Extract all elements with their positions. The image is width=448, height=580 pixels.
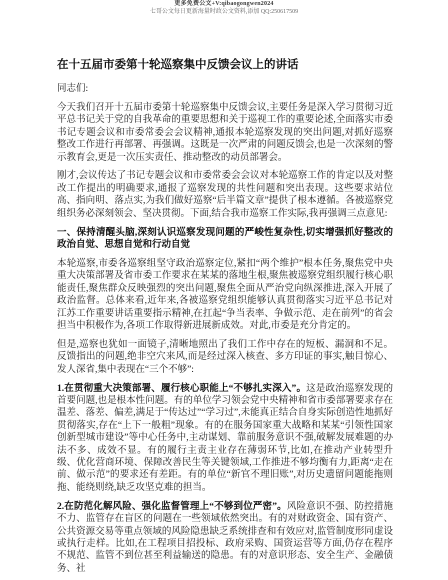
document-title: 在十五届市委第十轮巡察集中反馈会议上的讲话 (57, 58, 393, 72)
document-page: 更多免费公文+V:qibaogongwen2024 七哥公文每日更新海量时政公文… (0, 0, 448, 580)
salutation: 同志们: (57, 83, 393, 95)
document-body: 在十五届市委第十轮巡察集中反馈会议上的讲话 同志们: 今天我们召开十五届市委第十… (0, 16, 448, 575)
point-2-body: 风险意识不强、防控措施不力、监管存在盲区的问题在一些领域依然突出。有的对财政资金… (57, 502, 393, 574)
paragraph-point-2: 2.在防范化解风险、强化监督管理上“不够到位严密”。风险意识不强、防控措施不力、… (57, 501, 393, 575)
point-1-lead: 1.在贯彻重大决策部署、履行核心职能上“不够扎实深入”。 (57, 384, 306, 394)
point-2-lead: 2.在防范化解风险、强化监督管理上“不够到位严密”。 (57, 502, 287, 512)
paragraph-point-1: 1.在贯彻重大决策部署、履行核心职能上“不够扎实深入”。这是政治巡察发现的首要问… (57, 383, 393, 495)
promo-line-2: 七哥公文每日更新海量时政公文资料,添加 QQ:250617509 (0, 9, 448, 16)
paragraph-mirror: 但是,巡察也犹如一面镜子,清晰地照出了我们工作中存在的短板、漏洞和不足。反馈指出… (57, 339, 393, 376)
promo-line-1: 更多免费公文+V:qibaogongwen2024 (0, 1, 448, 8)
paragraph-inspection-overview: 本轮巡察,市委各巡察组坚守政治巡察定位,紧扣“两个维护”根本任务,聚焦党中央重大… (57, 258, 393, 332)
promo-header: 更多免费公文+V:qibaogongwen2024 七哥公文每日更新海量时政公文… (0, 0, 448, 16)
point-1-body: 这是政治巡察发现的首要问题,也是根本性问题。有的单位学习领会党中央精神和省市委部… (57, 384, 393, 493)
paragraph-intro: 今天我们召开十五届市委第十轮巡察集中反馈会议,主要任务是深入学习贯彻习近平总书记… (57, 102, 393, 164)
section-heading-1: 一、保持清醒头脑,深刻认识巡察发现问题的严峻性复杂性,切实增强抓好整改的政治自觉… (57, 227, 393, 252)
paragraph-requirements: 刚才,会议传达了书记专题会议和市委常委会会议对本轮巡察工作的肯定以及对整改工作提… (57, 170, 393, 220)
